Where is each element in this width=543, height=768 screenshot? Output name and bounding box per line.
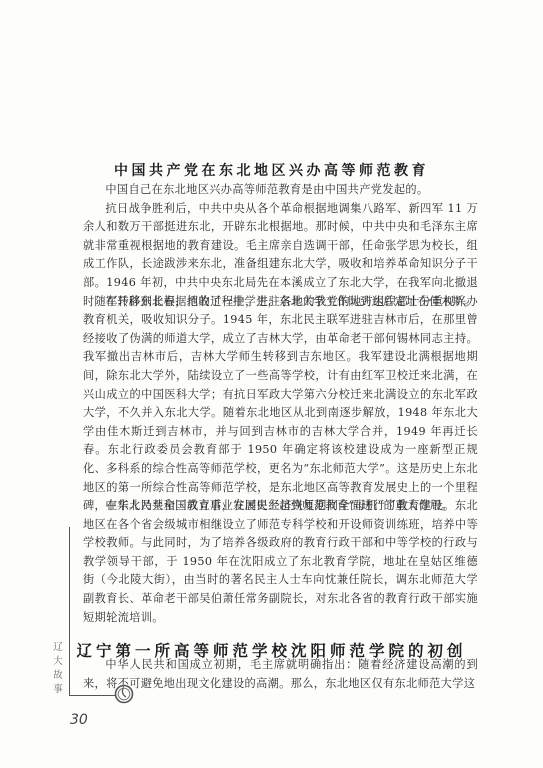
running-header-vertical: 辽 大 故 事 [52, 641, 64, 697]
paragraph: 在开辟东北根据地的过程中，进驻各地的我党的地方组织都十分重视兴办教育机关，吸收知… [83, 293, 478, 516]
paragraph: 中国自己在东北地区兴办高等师范教育是由中国共产党发起的。 [83, 181, 478, 200]
margin-rule-horizontal [69, 695, 116, 696]
ring-icon [114, 684, 134, 704]
side-label-char: 事 [52, 683, 64, 697]
section-heading-1: 中国共产党在东北地区兴办高等师范教育 [0, 160, 543, 180]
margin-rule-vertical [69, 527, 70, 695]
side-label-char: 故 [52, 669, 64, 683]
book-page: 中国共产党在东北地区兴办高等师范教育 中国自己在东北地区兴办高等师范教育是由中国… [0, 0, 543, 768]
side-label-char: 辽 [52, 641, 64, 655]
paragraph: 中华人民共和国成立后，在国民经济恢复期间全面进行了教育建设。东北地区在各个省会级… [83, 497, 478, 627]
page-number: 30 [70, 712, 88, 728]
paragraph: 中华人民共和国成立初期，毛主席就明确指出：随着经济建设高潮的到来，将不可避免地出… [83, 656, 478, 693]
side-label-char: 大 [52, 655, 64, 669]
